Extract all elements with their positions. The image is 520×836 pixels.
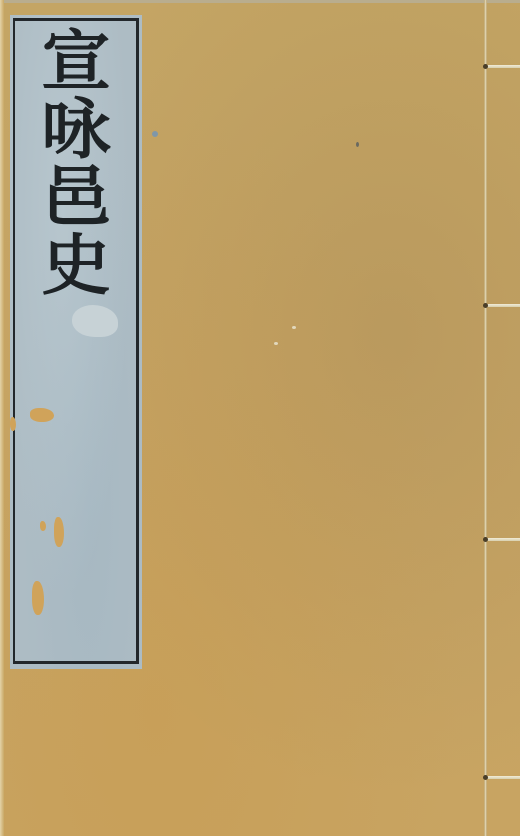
book-cover: 宣 咏 邑 史 [0,0,520,836]
cover-left-edge [0,0,4,836]
cover-fleck [356,142,359,147]
cover-fleck [292,326,296,329]
cover-top-edge [0,0,520,3]
label-wear-spot [30,408,54,422]
binding-hole [483,303,488,308]
binding-stitch [485,304,520,307]
cover-fleck [152,131,158,137]
binding-stitch [485,538,520,541]
title-char-1: 宣 [41,27,110,95]
title-char-2: 咏 [41,95,110,163]
binding-stitch [485,65,520,68]
title-char-4: 史 [41,231,110,299]
binding-hole [483,64,488,69]
binding-hole [483,537,488,542]
title-label: 宣 咏 邑 史 [10,15,142,669]
book-title: 宣 咏 邑 史 [7,27,146,299]
label-wear-spot [72,305,118,337]
binding-hole [483,775,488,780]
binding-fold-line [484,0,487,836]
title-char-3: 邑 [41,163,110,231]
label-wear-spot [40,521,46,531]
label-wear-spot [10,417,16,431]
binding-stitch [485,776,520,779]
label-wear-spot [54,517,64,547]
cover-fleck [274,342,278,345]
label-wear-spot [32,581,44,615]
